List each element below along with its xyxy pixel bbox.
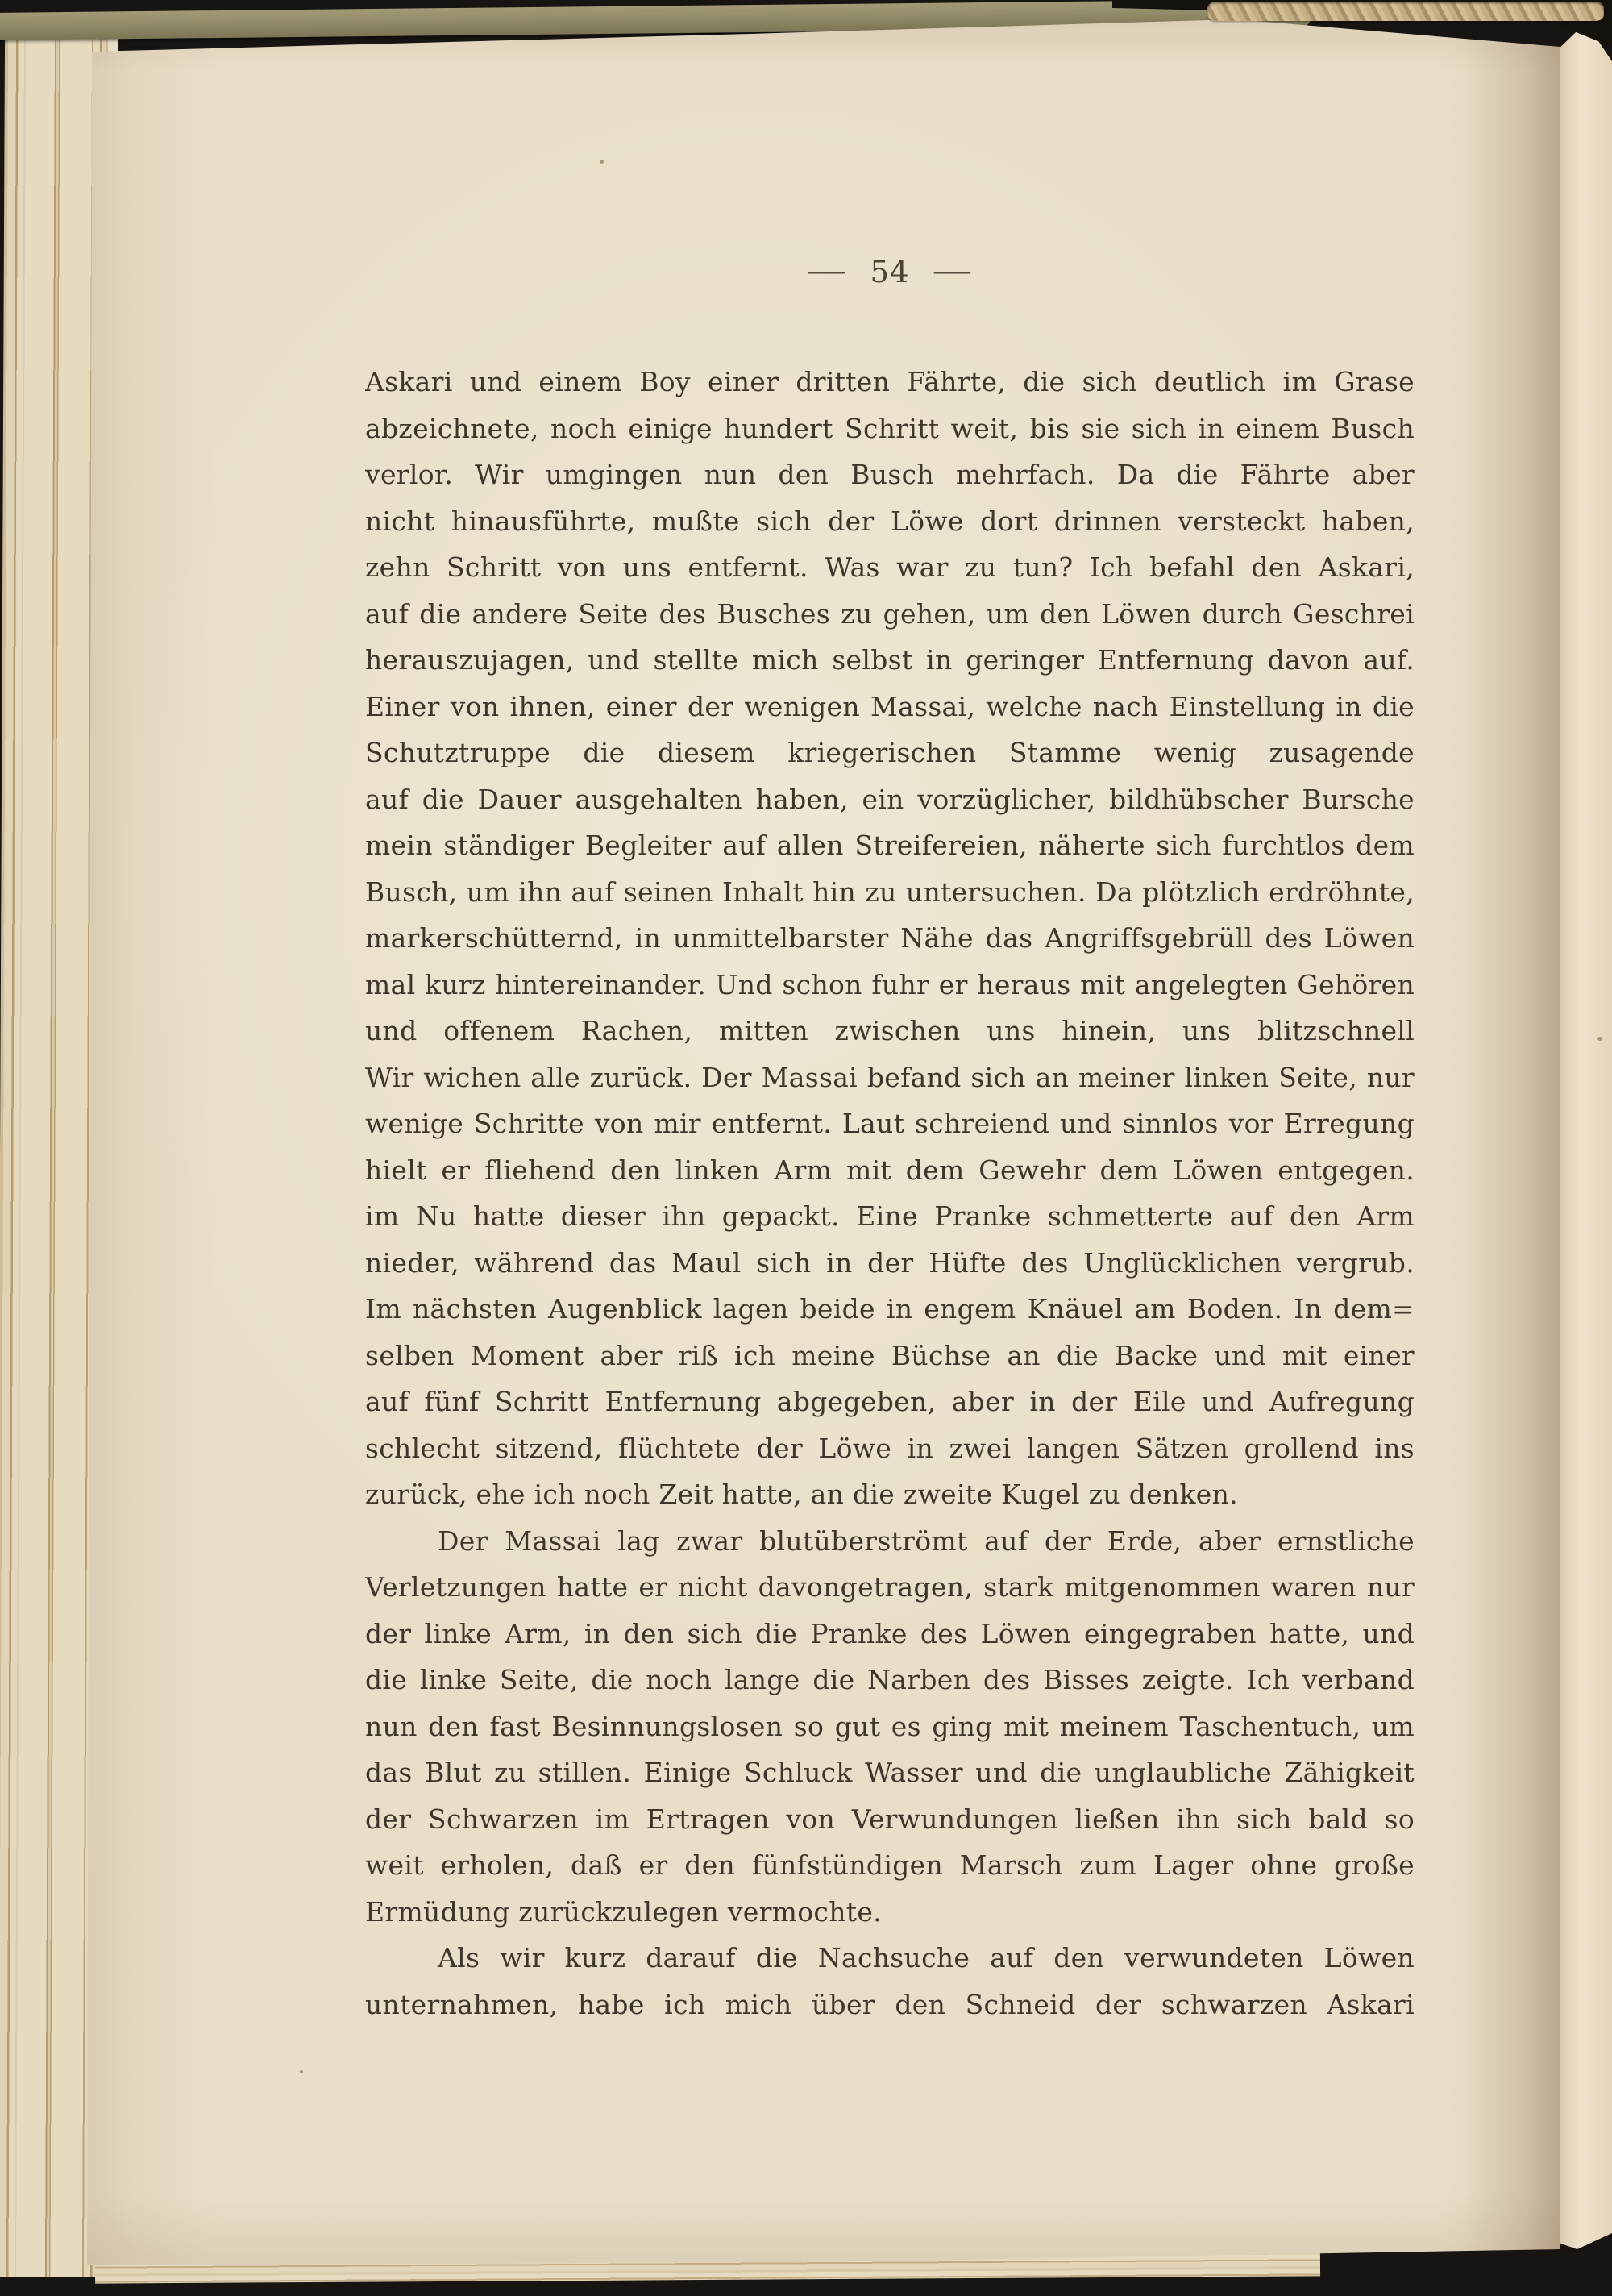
paper-speck (300, 2070, 303, 2073)
text-line: im Nu hatte dieser ihn gepackt. Eine Pra… (365, 1193, 1415, 1240)
text-line: Im nächsten Augenblick lagen beide in en… (365, 1286, 1415, 1333)
text-line: auf die andere Seite des Busches zu gehe… (365, 591, 1415, 638)
paragraph: Askari und einem Boy einer dritten Fährt… (365, 359, 1415, 1518)
book-photo: —54— Askari und einem Boy einer dritten … (0, 0, 1612, 2296)
page-text: Askari und einem Boy einer dritten Fährt… (365, 359, 1415, 2028)
text-line: nieder, während das Maul sich in der Hüf… (365, 1240, 1415, 1287)
text-line: Verletzungen hatte er nicht davongetrage… (365, 1564, 1415, 1611)
text-line: hielt er fliehend den linken Arm mit dem… (365, 1147, 1415, 1194)
book-page: —54— Askari und einem Boy einer dritten … (87, 15, 1560, 2267)
text-line: das Blut zu stillen. Einige Schluck Wass… (365, 1749, 1415, 1796)
text-line: Schutztruppe die diesem kriegerischen St… (365, 730, 1415, 776)
text-line: Ermüdung zurückzulegen vermochte. (365, 1889, 1415, 1936)
text-line: Als wir kurz darauf die Nachsuche auf de… (365, 1935, 1415, 1982)
text-line: mal kurz hintereinander. Und schon fuhr … (365, 962, 1415, 1009)
text-line: schlecht sitzend, flüchtete der Löwe in … (365, 1425, 1415, 1472)
paragraph: Der Massai lag zwar blutüberströmt auf d… (365, 1518, 1415, 1936)
facing-page (1554, 15, 1612, 2256)
text-line: Wir wichen alle zurück. Der Massai befan… (365, 1054, 1415, 1101)
text-line: nicht hinausführte, mußte sich der Löwe … (365, 498, 1415, 545)
text-line: Einer von ihnen, einer der wenigen Massa… (365, 684, 1415, 730)
header-dash-right: — (932, 255, 973, 287)
text-line: auf fünf Schritt Entfernung abgegeben, a… (365, 1379, 1415, 1425)
text-line: und offenem Rachen, mitten zwischen uns … (365, 1008, 1415, 1054)
text-line: weit erholen, daß er den fünfstündigen M… (365, 1842, 1415, 1889)
text-line: markerschütternd, in unmittelbarster Näh… (365, 915, 1415, 962)
text-line: der Schwarzen im Ertragen von Verwundung… (365, 1796, 1415, 1843)
page-header: —54— (365, 256, 1415, 289)
paragraph: Als wir kurz darauf die Nachsuche auf de… (365, 1935, 1415, 2028)
paper-speck (1597, 1037, 1602, 1041)
text-line: Busch, um ihn auf seinen Inhalt hin zu u… (365, 869, 1415, 916)
paper-speck (600, 160, 604, 164)
text-line: abzeichnete, noch einige hundert Schritt… (365, 406, 1415, 452)
text-line: wenige Schritte von mir entfernt. Laut s… (365, 1100, 1415, 1147)
text-line: zehn Schritt von uns entfernt. Was war z… (365, 544, 1415, 591)
page-number: 54 (870, 256, 909, 289)
text-line: Der Massai lag zwar blutüberströmt auf d… (365, 1518, 1415, 1565)
header-dash-left: — (807, 255, 848, 287)
text-line: unternahmen, habe ich mich über den Schn… (365, 1982, 1415, 2028)
text-line: selben Moment aber riß ich meine Büchse … (365, 1333, 1415, 1379)
text-line: herauszujagen, und stellte mich selbst i… (365, 637, 1415, 684)
text-line: die linke Seite, die noch lange die Narb… (365, 1657, 1415, 1703)
text-line: auf die Dauer ausgehalten haben, ein vor… (365, 776, 1415, 823)
text-line: verlor. Wir umgingen nun den Busch mehrf… (365, 451, 1415, 498)
text-line: zurück, ehe ich noch Zeit hatte, an die … (365, 1471, 1415, 1518)
text-line: mein ständiger Begleiter auf allen Strei… (365, 822, 1415, 869)
text-line: nun den fast Besinnungslosen so gut es g… (365, 1703, 1415, 1750)
text-line: der linke Arm, in den sich die Pranke de… (365, 1611, 1415, 1658)
gutter-shadow (1463, 15, 1560, 2267)
headband (1207, 2, 1604, 21)
text-line: Askari und einem Boy einer dritten Fährt… (365, 359, 1415, 406)
